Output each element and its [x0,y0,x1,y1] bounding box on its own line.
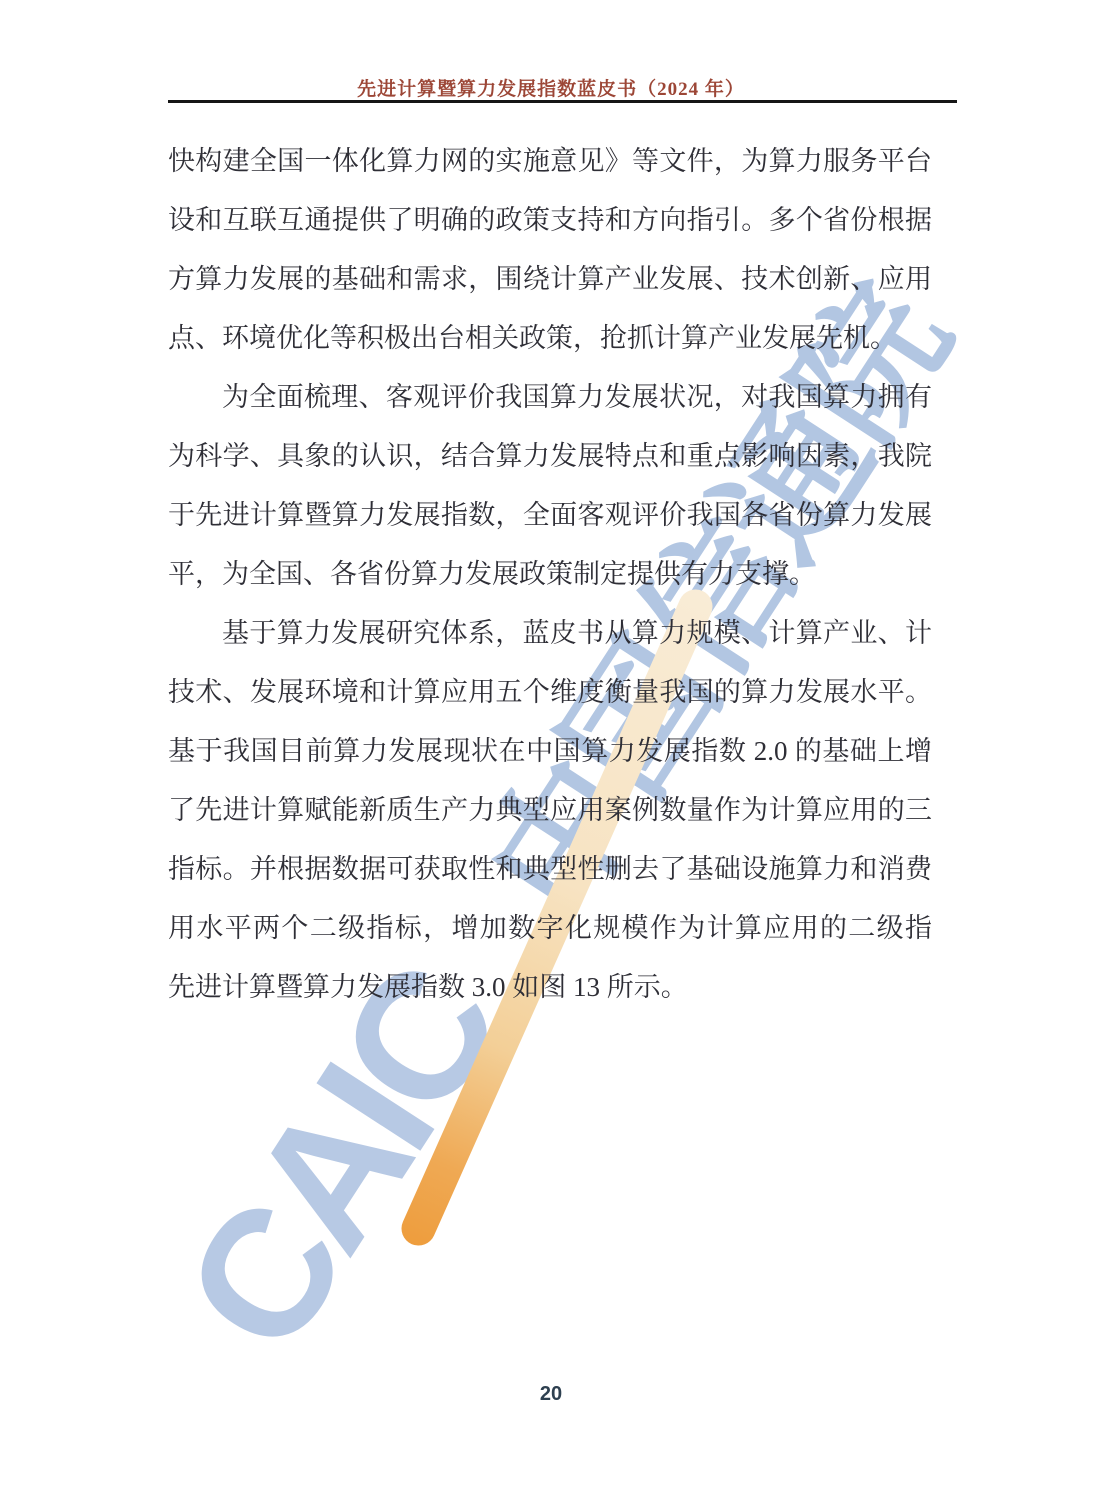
body-line-p1-l2: 设和互联互通提供了明确的政策支持和方向指引。多个省份根据地 [168,191,932,250]
body-line-p2-l3: 于先进计算暨算力发展指数，全面客观评价我国各省份算力发展水 [168,486,932,545]
document-page: CAIC 中国信通院 先进计算暨算力发展指数蓝皮书（2024 年） 快构建全国一… [0,0,1102,1496]
page-number: 20 [0,1383,1102,1406]
body-line-p1-l4: 点、环境优化等积极出台相关政策，抢抓计算产业发展先机。 [168,309,932,368]
body-line-p2-l4: 平，为全国、各省份算力发展政策制定提供有力支撑。 [168,545,932,604]
body-line-p3-l1: 基于算力发展研究体系，蓝皮书从算力规模、计算产业、计算 [168,604,932,663]
body-line-p3-l5: 指标。并根据数据可获取性和典型性删去了基础设施算力和消费应 [168,840,932,899]
body-line-p1-l3: 方算力发展的基础和需求，围绕计算产业发展、技术创新、应用试 [168,250,932,309]
body-line-p2-l1: 为全面梳理、客观评价我国算力发展状况，对我国算力拥有更 [168,368,932,427]
body-line-p3-l4: 了先进计算赋能新质生产力典型应用案例数量作为计算应用的三级 [168,781,932,840]
body-line-p3-l7: 先进计算暨算力发展指数 3.0 如图 13 所示。 [168,958,932,1017]
body-text: 快构建全国一体化算力网的实施意见》等文件，为算力服务平台建设和互联互通提供了明确… [168,132,932,1017]
body-line-p2-l2: 为科学、具象的认识，结合算力发展特点和重点影响因素，我院基 [168,427,932,486]
body-line-p3-l3: 基于我国目前算力发展现状在中国算力发展指数 2.0 的基础上增加 [168,722,932,781]
page-header-title: 先进计算暨算力发展指数蓝皮书（2024 年） [0,74,1102,101]
body-line-p1-l1: 快构建全国一体化算力网的实施意见》等文件，为算力服务平台建 [168,132,932,191]
header-divider [168,100,957,103]
body-line-p3-l6: 用水平两个二级指标，增加数字化规模作为计算应用的二级指标。 [168,899,932,958]
body-line-p3-l2: 技术、发展环境和计算应用五个维度衡量我国的算力发展水平。并 [168,663,932,722]
